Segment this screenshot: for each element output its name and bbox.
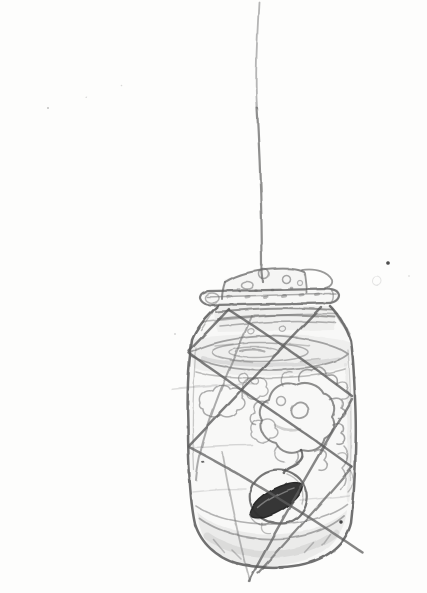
paper-speck	[202, 461, 205, 464]
paper-speck	[174, 333, 176, 335]
paper-speck	[408, 275, 410, 277]
sketch-svg	[0, 0, 427, 593]
paper-speck	[85, 96, 87, 98]
paper-speck-ring	[373, 277, 382, 286]
hanging-string-upper	[256, 2, 259, 108]
pencil-strokes-group	[47, 2, 410, 581]
paper-speck	[339, 520, 342, 523]
paper-speck	[121, 85, 123, 87]
sketch-canvas	[0, 0, 427, 593]
hanging-string-lower	[257, 108, 263, 282]
paper-speck	[47, 107, 49, 109]
paper-speck	[386, 261, 390, 265]
